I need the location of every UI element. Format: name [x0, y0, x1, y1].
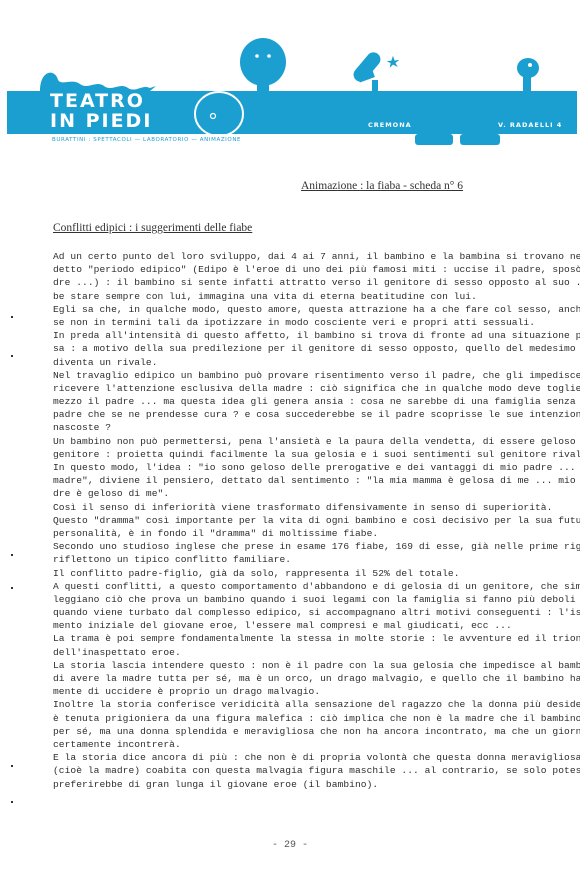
- margin-mark: [11, 554, 13, 556]
- text-line: preferirebbe di gran lunga il giovane er…: [53, 778, 573, 791]
- text-line: diventa un rivale.: [53, 356, 573, 369]
- text-line: be stare sempre con lui, immagina una vi…: [53, 290, 573, 303]
- address-label: V. RADAELLI 4: [498, 121, 562, 129]
- text-line: E la storia dice ancora di più : che non…: [53, 751, 573, 764]
- logo-line-1: TEATRO: [50, 91, 152, 111]
- text-line: sa : a motivo della sua predilezione per…: [53, 342, 573, 355]
- text-line: Ad un certo punto del loro sviluppo, dai…: [53, 250, 573, 263]
- margin-mark: [11, 801, 13, 803]
- city-label: CREMONA: [368, 121, 412, 129]
- logo-text: TEATRO IN PIEDI: [50, 91, 152, 131]
- text-line: mento iniziale del giovane eroe, l'esser…: [53, 619, 573, 632]
- text-line: di avere la madre tutta per sé, ma è un …: [53, 672, 573, 685]
- letterhead-banner: TEATRO IN PIEDI BURATTINI : SPETTACOLI —…: [0, 0, 580, 160]
- text-line: quando viene turbato dal complesso edipi…: [53, 606, 573, 619]
- text-line: dell'inaspettato eroe.: [53, 646, 573, 659]
- margin-mark: [11, 765, 13, 767]
- text-line: Il conflitto padre-figlio, già da solo, …: [53, 567, 573, 580]
- text-line: dre ...) : il bambino si sente infatti a…: [53, 276, 573, 289]
- foot-icon: [460, 134, 500, 145]
- text-line: In preda all'intensità di questo affetto…: [53, 329, 573, 342]
- text-line: La trama è poi sempre fondamentalmente l…: [53, 632, 573, 645]
- text-line: personalità, è in fondo il "dramma" di m…: [53, 527, 573, 540]
- series-label: Animazione : la fiaba - scheda n° 6: [301, 180, 463, 192]
- snake-icon: [40, 73, 156, 91]
- monster-head-icon: [240, 38, 286, 86]
- club-icon: [351, 49, 400, 92]
- text-line: mezzo il padre ... ma questa idea gli ge…: [53, 395, 573, 408]
- text-line: Questo "dramma" così importante per la v…: [53, 514, 573, 527]
- text-line: (cioè la madre) coabita con questa malva…: [53, 764, 573, 777]
- section-title: Conflitti edipici : i suggerimenti delle…: [53, 222, 252, 234]
- text-line: Così il senso di inferiorità viene trasf…: [53, 501, 573, 514]
- page-number: - 29 -: [272, 840, 308, 851]
- text-line: madre", diviene il pensiero, dettato dal…: [53, 474, 573, 487]
- round-face-icon: [185, 86, 265, 156]
- text-line: Egli sa che, in qualche modo, questo amo…: [53, 303, 573, 316]
- foot-icon: [415, 134, 453, 145]
- text-line: genitore : proietta quindi facilmente la…: [53, 448, 573, 461]
- text-line: riflettono un tipico conflitto familiare…: [53, 553, 573, 566]
- banner-illustration: [0, 0, 580, 160]
- text-line: ricevere l'attenzione esclusiva della ma…: [53, 382, 573, 395]
- text-line: nascoste ?: [53, 421, 573, 434]
- margin-mark: [11, 587, 13, 589]
- text-line: In questo modo, l'idea : "io sono geloso…: [53, 461, 573, 474]
- margin-mark: [11, 316, 13, 318]
- text-line: A questi conflitti, a questo comportamen…: [53, 580, 573, 593]
- text-line: detto "periodo edipico" (Edipo è l'eroe …: [53, 263, 573, 276]
- text-line: padre che se ne prendesse cura ? e cosa …: [53, 408, 573, 421]
- text-line: Secondo uno studioso inglese che prese i…: [53, 540, 573, 553]
- text-line: leggiano ciò che prova un bambino quando…: [53, 593, 573, 606]
- creature-icon: [517, 58, 539, 92]
- text-line: dre è geloso di me".: [53, 487, 573, 500]
- tagline: BURATTINI : SPETTACOLI — LABORATORIO — A…: [52, 137, 241, 143]
- text-line: Nel travaglio edipico un bambino può pro…: [53, 369, 573, 382]
- text-line: La storia lascia intendere questo : non …: [53, 659, 573, 672]
- text-line: se non in termini tali da ipotizzare in …: [53, 316, 573, 329]
- text-line: per sé, ma una donna splendida e meravig…: [53, 725, 573, 738]
- text-line: mente di uccidere è proprio un drago mal…: [53, 685, 573, 698]
- body-text: Ad un certo punto del loro sviluppo, dai…: [53, 250, 573, 791]
- margin-mark: [11, 355, 13, 357]
- text-line: Un bambino non può permettersi, pena l'a…: [53, 435, 573, 448]
- logo-line-2: IN PIEDI: [50, 111, 152, 131]
- text-line: certamente incontrerà.: [53, 738, 573, 751]
- text-line: Inoltre la storia conferisce veridicità …: [53, 698, 573, 711]
- text-line: è tenuta prigioniera da una figura malef…: [53, 712, 573, 725]
